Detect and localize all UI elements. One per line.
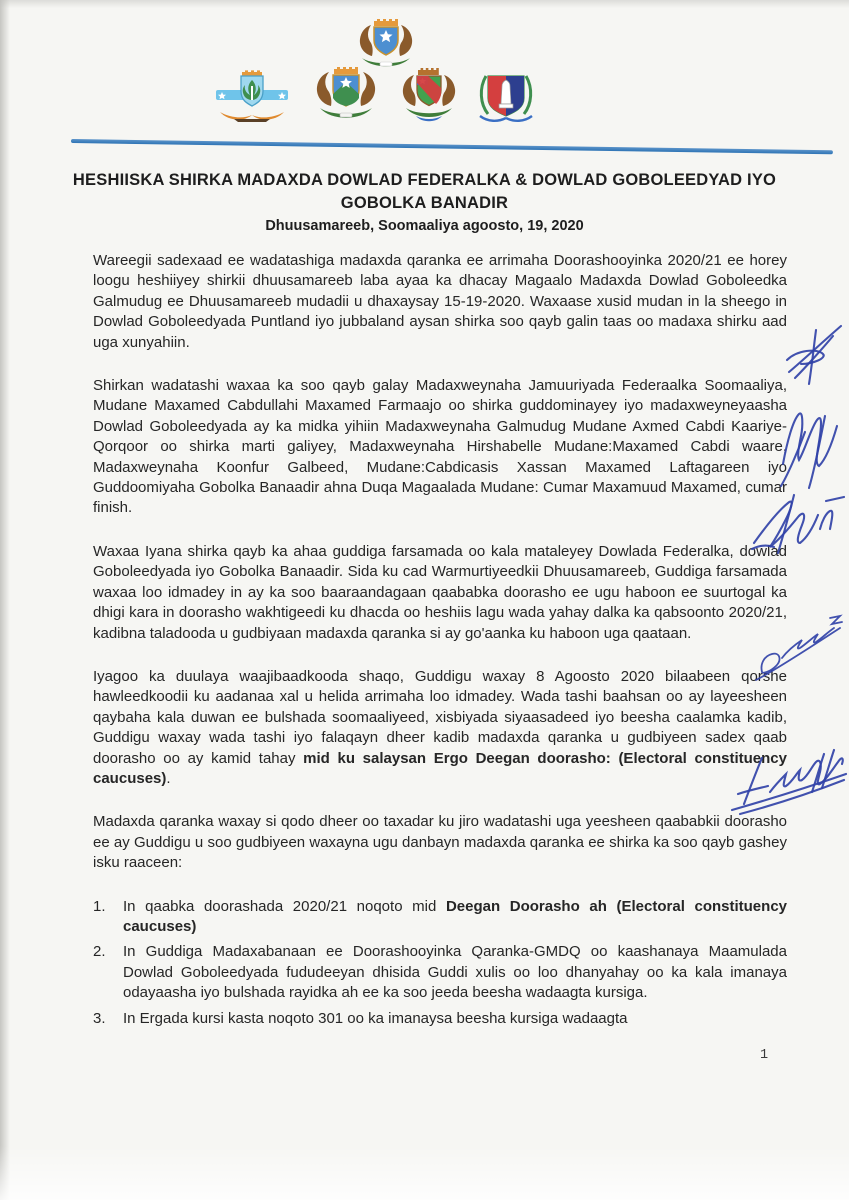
- list-item-1-text: In qaabka doorashada 2020/21 noqoto mid …: [123, 897, 787, 938]
- list-item-3: 3. In Ergada kursi kasta noqoto 301 oo k…: [93, 1009, 787, 1029]
- scan-edge-shadow-top: [0, 0, 849, 8]
- scan-edge-shadow-left: [0, 0, 10, 1200]
- signature-5: [730, 740, 848, 818]
- signature-4: [752, 610, 847, 688]
- list-item-1-number: 1.: [93, 897, 123, 938]
- document-body: Wareegii sadexaad ee wadatashiga madaxda…: [93, 251, 787, 1034]
- paragraph-3: Waxaa Iyana shirka qayb ka ahaa guddiga …: [93, 542, 787, 644]
- southwest-state-emblem-icon: [214, 70, 290, 126]
- list-item-2: 2. In Guddiga Madaxabanaan ee Doorashooy…: [93, 942, 787, 1003]
- paragraph-5: Madaxda qaranka waxay si qodo dheer oo t…: [93, 812, 787, 873]
- paragraph-4: Iyagoo ka duulaya waajibaadkooda shaqo, …: [93, 667, 787, 789]
- agreement-list: 1. In qaabka doorashada 2020/21 noqoto m…: [93, 897, 787, 1029]
- list-item-3-text: In Ergada kursi kasta noqoto 301 oo ka i…: [123, 1009, 787, 1029]
- banadir-region-emblem-icon: [474, 72, 538, 126]
- list-item-3-number: 3.: [93, 1009, 123, 1029]
- galmudug-state-emblem-icon: [298, 64, 394, 126]
- list-item-2-number: 2.: [93, 942, 123, 1003]
- scanned-document-page: HESHIISKA SHIRKA MADAXDA DOWLAD FEDERALK…: [0, 0, 849, 1200]
- signature-1: [783, 320, 845, 388]
- list-item-1: 1. In qaabka doorashada 2020/21 noqoto m…: [93, 897, 787, 938]
- paragraph-1: Wareegii sadexaad ee wadatashiga madaxda…: [93, 251, 787, 353]
- document-title-line2: GOBOLKA BANADIR: [60, 192, 789, 215]
- signature-3: [750, 485, 848, 557]
- document-subtitle: Dhuusamareeb, Soomaaliya agoosto, 19, 20…: [60, 218, 789, 234]
- document-header: HESHIISKA SHIRKA MADAXDA DOWLAD FEDERALK…: [60, 169, 789, 234]
- page-number: 1: [760, 1048, 768, 1063]
- document-title-line1: HESHIISKA SHIRKA MADAXDA DOWLAD FEDERALK…: [60, 169, 789, 192]
- paragraph-2: Shirkan wadatashi waxaa ka soo qayb gala…: [93, 376, 787, 519]
- list-item-2-text: In Guddiga Madaxabanaan ee Doorashooyink…: [123, 942, 787, 1003]
- scan-bottom-band: [0, 1146, 849, 1200]
- hirshabelle-state-emblem-icon: [390, 66, 468, 126]
- header-rule: [71, 139, 833, 154]
- signature-2: [775, 402, 847, 490]
